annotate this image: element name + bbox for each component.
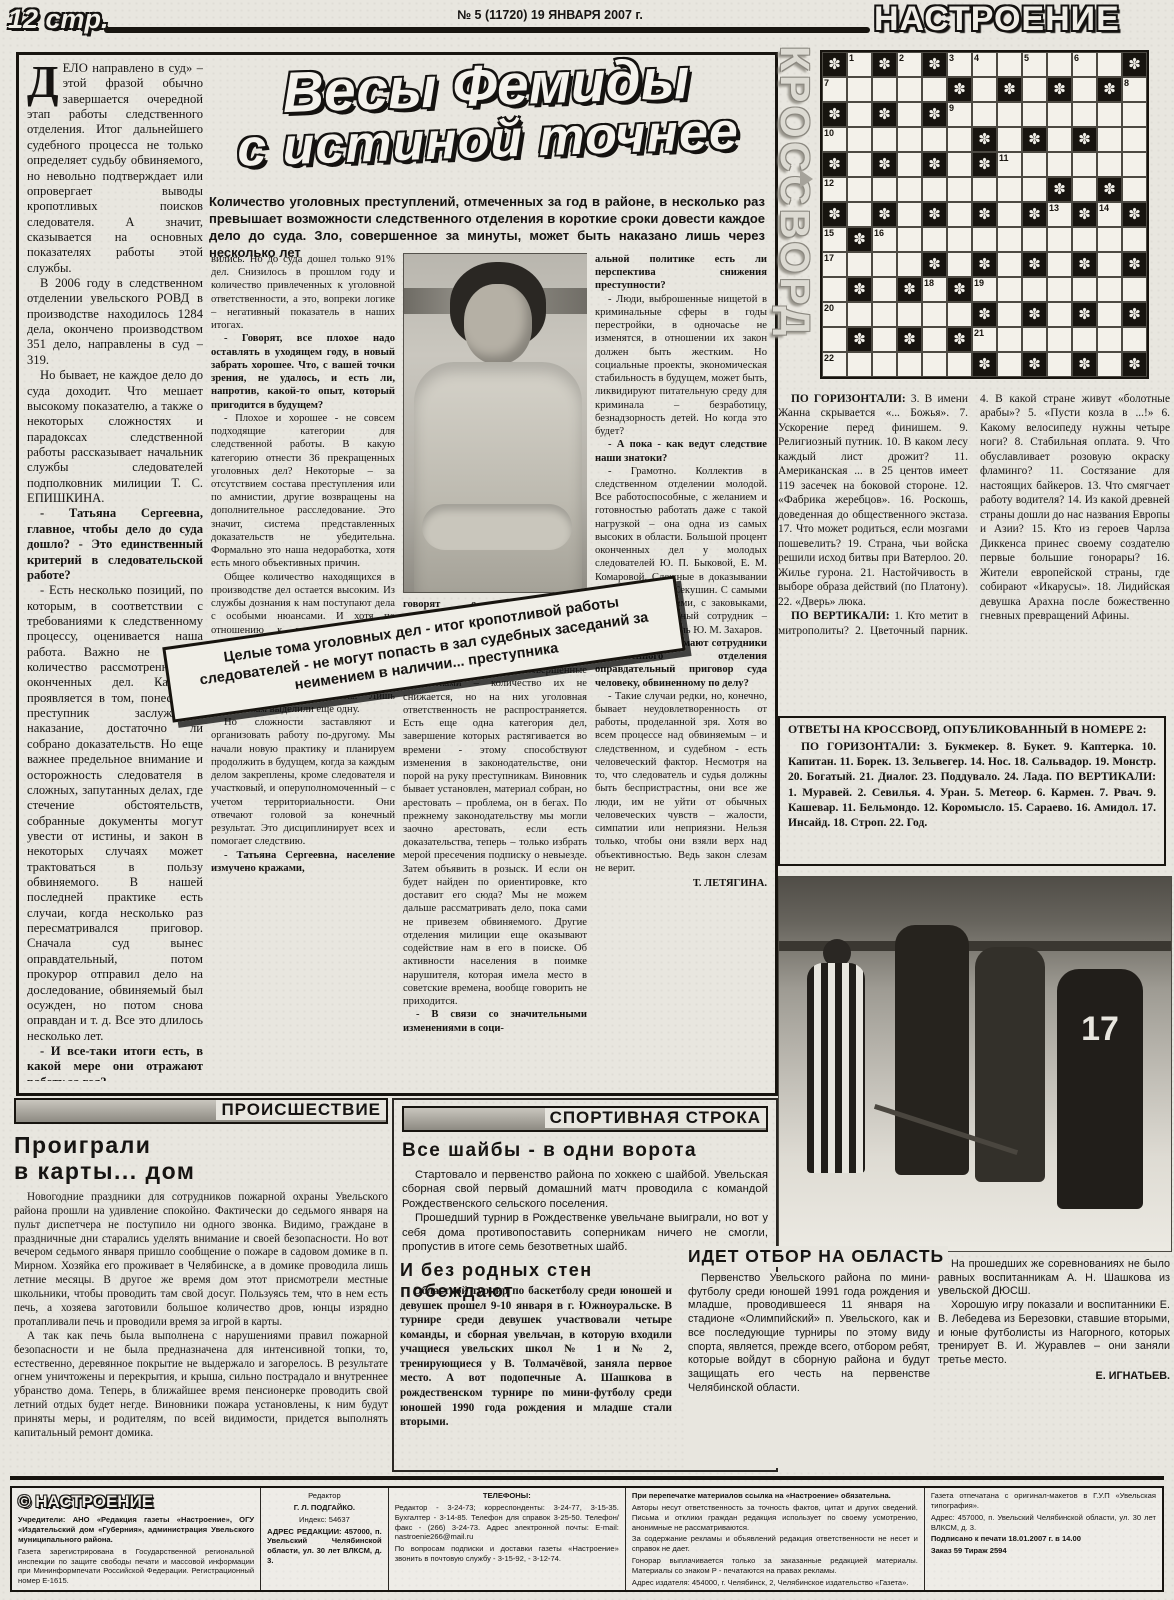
crossword-cell <box>1097 102 1122 127</box>
crossword-cell-number: 21 <box>974 328 984 338</box>
paragraph: Областной турнир по баскетболу среди юно… <box>400 1284 672 1430</box>
crossword-black-cell: ✽ <box>847 277 872 302</box>
crossword-cell <box>1097 152 1122 177</box>
crossword-cell <box>997 227 1022 252</box>
paragraph: На прошедших же соревнованиях не было ра… <box>938 1258 1170 1299</box>
crossword-cell <box>922 127 947 152</box>
answers-title: ОТВЕТЫ НА КРОССВОРД, ОПУБЛИКОВАННЫЙ В НО… <box>788 722 1156 737</box>
crossword-cell <box>997 327 1022 352</box>
crossword-answers-box: ОТВЕТЫ НА КРОССВОРД, ОПУБЛИКОВАННЫЙ В НО… <box>778 716 1166 866</box>
crossword-cell <box>1097 252 1122 277</box>
crossword-cell: 3 <box>947 52 972 77</box>
crossword-cell <box>1072 327 1097 352</box>
crossword-black-cell: ✽ <box>947 277 972 302</box>
crossword-cell <box>872 302 897 327</box>
crossword-cell <box>947 302 972 327</box>
interviewee-photo <box>403 253 587 593</box>
crossword-black-cell: ✽ <box>1022 252 1047 277</box>
crossword-black-cell: ✽ <box>972 252 997 277</box>
crossword-cell <box>947 152 972 177</box>
hockey-photo: 17 <box>778 876 1172 1252</box>
crossword-cell: 15 <box>822 227 847 252</box>
paragraph: - Не всегда. Среди прекращенных дел - и … <box>403 651 587 1008</box>
author-signature: Т. ЛЕТЯГИНА. <box>595 877 767 890</box>
crossword-cell <box>1022 152 1047 177</box>
crossword-black-cell: ✽ <box>1022 202 1047 227</box>
crossword-cell-number: 9 <box>949 103 954 113</box>
paragraph: вились. Но до суда дошел только 91% дел.… <box>211 253 395 332</box>
crossword-cell <box>947 252 972 277</box>
crossword-cell <box>1022 327 1047 352</box>
crossword-black-cell: ✽ <box>872 152 897 177</box>
editor-name: Г. Л. ПОДГАЙКО. <box>267 1503 382 1513</box>
crossword-cell-number: 7 <box>824 78 829 88</box>
crossword-cell <box>1022 227 1047 252</box>
crossword-cell <box>897 202 922 227</box>
crossword-cell <box>1022 177 1047 202</box>
crossword-cell: 7 <box>822 77 847 102</box>
incident-section-label: ПРОИСШЕСТВИЕ <box>216 1100 386 1120</box>
crossword-cell: 19 <box>972 277 997 302</box>
crossword-black-cell: ✽ <box>997 77 1022 102</box>
crossword-cell <box>1072 102 1097 127</box>
crossword-black-cell: ✽ <box>822 52 847 77</box>
crossword-cell <box>922 177 947 202</box>
crossword-cell <box>997 52 1022 77</box>
crossword-cell <box>922 77 947 102</box>
crossword-cell-number: 2 <box>899 53 904 63</box>
hockey-article-body: Стартовало и первенство района по хоккею… <box>402 1168 768 1255</box>
paragraph: А так как печь была выполнена с нарушени… <box>14 1330 388 1441</box>
crossword-black-cell: ✽ <box>972 202 997 227</box>
crossword-cell <box>897 227 922 252</box>
crossword-cell: 10 <box>822 127 847 152</box>
crossword-black-cell: ✽ <box>1022 352 1047 377</box>
footer-registration: Газета зарегистрирована в Государственно… <box>18 1547 254 1586</box>
incident-section: ПРОИСШЕСТВИЕ Проиграли в карты... дом Но… <box>14 1098 388 1472</box>
crossword-cell <box>972 177 997 202</box>
crossword-cell <box>1122 127 1147 152</box>
crossword-cell-number: 12 <box>824 178 834 188</box>
crossword-cell <box>947 227 972 252</box>
crossword-black-cell: ✽ <box>847 227 872 252</box>
crossword-cell <box>997 202 1022 227</box>
crossword-cell <box>1097 127 1122 152</box>
crossword-black-cell: ✽ <box>872 102 897 127</box>
crossword-clues: ПО ГОРИЗОНТАЛИ: 3. В имени Жанна скрывае… <box>778 392 1170 712</box>
crossword-cell <box>1047 352 1072 377</box>
footer-notices-column: При перепечатке материалов ссылка на «На… <box>626 1488 925 1590</box>
crossword-cell <box>1072 227 1097 252</box>
question-paragraph: - В связи со значительными изменениями в… <box>403 1008 587 1034</box>
crossword-cell: 13 <box>1047 202 1072 227</box>
crossword-cell <box>1122 277 1147 302</box>
crossword-cell: 5 <box>1022 52 1047 77</box>
crossword-black-cell: ✽ <box>1122 352 1147 377</box>
crossword-cell <box>872 177 897 202</box>
crossword-cell: 16 <box>872 227 897 252</box>
crossword-cell: 12 <box>822 177 847 202</box>
crossword-cell <box>847 152 872 177</box>
crossword-cell <box>997 302 1022 327</box>
crossword-black-cell: ✽ <box>1122 52 1147 77</box>
crossword-cell <box>997 277 1022 302</box>
crossword-cell-number: 14 <box>1099 203 1109 213</box>
article-column-4: альной политике есть ли перспектива сниж… <box>595 253 767 1081</box>
masthead-title: НАСТРОЕНИЕ <box>874 0 1120 39</box>
crossword-cell <box>847 352 872 377</box>
crossword-cell <box>997 252 1022 277</box>
crossword-cell: 14 <box>1097 202 1122 227</box>
crossword-cell <box>872 277 897 302</box>
crossword-black-cell: ✽ <box>922 102 947 127</box>
crossword-cell <box>1047 327 1072 352</box>
crossword-vertical-label: КРОССВОРД <box>766 46 818 391</box>
crossword-cell: 20 <box>822 302 847 327</box>
imprint-footer: © НАСТРОЕНИЕ Учредители: АНО «Редакция г… <box>10 1486 1164 1592</box>
crossword-cell <box>1047 252 1072 277</box>
crossword-cell <box>847 77 872 102</box>
crossword-black-cell: ✽ <box>1072 252 1097 277</box>
crossword-black-cell: ✽ <box>922 152 947 177</box>
notice: Гонорар выплачивается только за заказанн… <box>632 1556 918 1576</box>
crossword-cell <box>1072 177 1097 202</box>
crossword-cell-number: 8 <box>1124 78 1129 88</box>
crossword-cell <box>922 302 947 327</box>
crossword-cell-number: 11 <box>999 153 1009 163</box>
crossword-cell <box>1072 77 1097 102</box>
crossword-cell: 1 <box>847 52 872 77</box>
paragraph: Первенство Увельского района по мини-фут… <box>688 1272 930 1395</box>
crossword-cell <box>997 102 1022 127</box>
crossword-cell <box>1122 327 1147 352</box>
crossword-cell-number: 16 <box>874 228 884 238</box>
footer-editor-column: Редактор Г. Л. ПОДГАЙКО. Индекс: 54637 А… <box>261 1488 389 1590</box>
jersey-number: 17 <box>1081 1010 1119 1048</box>
notice: За содержание рекламы и объявлений редак… <box>632 1534 918 1554</box>
article-lead: Количество уголовных преступлений, отмеч… <box>209 193 765 262</box>
football-article-headline: ИДЕТ ОТБОР НА ОБЛАСТЬ <box>688 1246 948 1267</box>
crossword-black-cell: ✽ <box>922 252 947 277</box>
footer-publisher-column: © НАСТРОЕНИЕ Учредители: АНО «Редакция г… <box>12 1488 261 1590</box>
crossword-cell <box>872 77 897 102</box>
question-paragraph: - И все-таки итоги есть, в какой мере он… <box>27 1044 203 1081</box>
printing-address: Адрес: 457000, п. Увельский Челябинской … <box>931 1513 1156 1533</box>
crossword-cell <box>1097 277 1122 302</box>
crossword-cell <box>872 127 897 152</box>
crossword-cell <box>897 127 922 152</box>
crossword-black-cell: ✽ <box>1047 77 1072 102</box>
crossword-black-cell: ✽ <box>1122 252 1147 277</box>
crossword-black-cell: ✽ <box>972 352 997 377</box>
referee-figure <box>807 963 865 1173</box>
across-clues: ПО ГОРИЗОНТАЛИ: 3. В имени Жанна скрывае… <box>778 392 968 609</box>
editor-label: Редактор <box>267 1491 382 1501</box>
crossword-black-cell: ✽ <box>947 327 972 352</box>
crossword-cell-number: 18 <box>924 278 934 288</box>
sports-section-bar: СПОРТИВНАЯ СТРОКА <box>402 1106 768 1132</box>
crossword-cell <box>1047 152 1072 177</box>
crossword-cell: 6 <box>1072 52 1097 77</box>
crossword-cell <box>1097 52 1122 77</box>
print-deadline: Подписано к печати 18.01.2007 г. в 14.00 <box>931 1534 1156 1544</box>
paragraph: - Люди, выброшенные нищетой в криминальн… <box>595 293 767 439</box>
crossword-cell <box>847 252 872 277</box>
crossword-cell <box>947 127 972 152</box>
crossword-black-cell: ✽ <box>822 102 847 127</box>
sports-section-label: СПОРТИВНАЯ СТРОКА <box>545 1108 766 1128</box>
crossword-cell <box>972 227 997 252</box>
crossword-cell-number: 3 <box>949 53 954 63</box>
crossword-grid: ✽1✽2✽3456✽7✽✽✽✽8✽✽✽910✽✽✽✽✽✽✽1112✽✽✽✽✽✽✽… <box>820 50 1149 379</box>
crossword-black-cell: ✽ <box>822 202 847 227</box>
issue-date: № 5 (11720) 19 ЯНВАРЯ 2007 г. <box>340 8 760 22</box>
crossword-cell <box>847 302 872 327</box>
crossword-black-cell: ✽ <box>1022 127 1047 152</box>
question-paragraph: альной политике есть ли перспектива сниж… <box>595 253 767 293</box>
crossword-cell <box>1122 102 1147 127</box>
across-text: 3. В имени Жанна скрывается «... Божья».… <box>778 393 968 608</box>
crossword-cell <box>1097 327 1122 352</box>
crossword-cell <box>922 227 947 252</box>
crossword-cell-number: 22 <box>824 353 834 363</box>
question-paragraph: - А пока - как ведут следствие наши знат… <box>595 438 767 464</box>
crossword-cell: 21 <box>972 327 997 352</box>
drop-cap: Д <box>27 61 63 101</box>
crossword-cell-number: 20 <box>824 303 834 313</box>
crossword-cell <box>1097 227 1122 252</box>
crossword-cell-number: 17 <box>824 253 834 263</box>
crossword-cell <box>1072 152 1097 177</box>
crossword-cell <box>922 327 947 352</box>
notice: При перепечатке материалов ссылка на «На… <box>632 1491 918 1501</box>
crossword-cell <box>872 327 897 352</box>
newspaper-page: { "header": { "page": "12 стр.", "issue"… <box>0 0 1174 1600</box>
crossword-black-cell: ✽ <box>847 327 872 352</box>
crossword-cell: 18 <box>922 277 947 302</box>
photo-figure-face <box>464 284 532 364</box>
incident-headline-line2: в карты... дом <box>14 1158 388 1184</box>
question-paragraph: - Татьяна Сергеевна, население измучено … <box>211 849 395 875</box>
crossword-cell <box>1122 227 1147 252</box>
crossword-black-cell: ✽ <box>1072 127 1097 152</box>
crossword-cell <box>822 277 847 302</box>
paragraph: Хорошую игру показали и воспитанники Е. … <box>938 1299 1170 1368</box>
main-article-box: Весы Фемиды с истиной точнее Количество … <box>16 52 778 1096</box>
basketball-article-body: Областной турнир по баскетболу среди юно… <box>400 1284 672 1464</box>
question-paragraph: - Татьяна Сергеевна, главное, чтобы дело… <box>27 506 203 583</box>
paragraph: - Такие случаи редки, но, конечно, бывае… <box>595 690 767 875</box>
crossword-cell <box>822 327 847 352</box>
footer-phones-column: ТЕЛЕФОНЫ: Редактор - 3-24-73; корреспонд… <box>389 1488 626 1590</box>
article-column-1: ДЕЛО направлено в суд» – этой фразой обы… <box>27 61 203 1081</box>
crossword-cell <box>1122 177 1147 202</box>
crossword-cell <box>1047 127 1072 152</box>
paragraph: Новогодние праздники для сотрудников пож… <box>14 1191 388 1330</box>
paragraph: Стартовало и первенство района по хоккею… <box>402 1168 768 1211</box>
notice: Авторы несут ответственность за точность… <box>632 1503 918 1533</box>
crossword-black-cell: ✽ <box>1072 352 1097 377</box>
paragraph: В 2006 году в следственном отделении уве… <box>27 276 203 368</box>
crossword-cell: 17 <box>822 252 847 277</box>
crossword-cell <box>1097 352 1122 377</box>
crossword-black-cell: ✽ <box>1122 202 1147 227</box>
crossword-cell <box>897 152 922 177</box>
crossword-cell <box>972 77 997 102</box>
crossword-black-cell: ✽ <box>1047 177 1072 202</box>
crossword-black-cell: ✽ <box>872 52 897 77</box>
subscription-text: По вопросам подписки и доставки газеты «… <box>395 1544 619 1564</box>
crossword-cell <box>972 102 997 127</box>
crossword-black-cell: ✽ <box>822 152 847 177</box>
crossword-black-cell: ✽ <box>947 77 972 102</box>
crossword-black-cell: ✽ <box>1122 302 1147 327</box>
crossword-cell <box>897 302 922 327</box>
crossword-cell-number: 15 <box>824 228 834 238</box>
crossword-cell-number: 13 <box>1049 203 1059 213</box>
crossword-cell <box>997 177 1022 202</box>
crossword-cell <box>1022 277 1047 302</box>
phones-title: ТЕЛЕФОНЫ: <box>395 1491 619 1501</box>
editorial-address: АДРЕС РЕДАКЦИИ: 457000, п. Увельский Чел… <box>267 1527 382 1566</box>
crossword-cell <box>947 352 972 377</box>
crossword-cell <box>897 77 922 102</box>
incident-body: Новогодние праздники для сотрудников пож… <box>14 1191 388 1441</box>
crossword-cell: 4 <box>972 52 997 77</box>
phones-text: Редактор - 3-24-73; корреспонденты: 3-24… <box>395 1503 619 1542</box>
crossword-cell-number: 4 <box>974 53 979 63</box>
crossword-black-cell: ✽ <box>1072 202 1097 227</box>
crossword-black-cell: ✽ <box>1097 77 1122 102</box>
crossword-cell <box>997 352 1022 377</box>
crossword-cell <box>847 202 872 227</box>
crossword-cell <box>847 127 872 152</box>
down-title: ПО ВЕРТИКАЛИ: <box>791 610 890 622</box>
crossword-black-cell: ✽ <box>872 202 897 227</box>
photo-figure-arm <box>422 504 572 550</box>
printing-info: Газета отпечатана с оригинал-макетов в Г… <box>931 1491 1156 1511</box>
crossword-black-cell: ✽ <box>922 202 947 227</box>
crossword-cell: 11 <box>997 152 1022 177</box>
arrow-icon <box>800 170 813 188</box>
crossword-cell <box>1047 227 1072 252</box>
across-title: ПО ГОРИЗОНТАЛИ: <box>791 393 906 405</box>
crossword-cell: 9 <box>947 102 972 127</box>
header-rule <box>104 27 870 33</box>
crossword-black-cell: ✽ <box>922 52 947 77</box>
crossword-cell <box>847 177 872 202</box>
crossword-black-cell: ✽ <box>972 302 997 327</box>
player-figure-17: 17 <box>1057 969 1143 1209</box>
crossword-black-cell: ✽ <box>972 152 997 177</box>
incident-section-bar: ПРОИСШЕСТВИЕ <box>14 1098 388 1124</box>
player-figure <box>895 925 969 1175</box>
page-number: 12 стр. <box>8 4 109 35</box>
crossword-cell <box>847 102 872 127</box>
crossword-black-cell: ✽ <box>1097 177 1122 202</box>
crossword-cell-number: 10 <box>824 128 834 138</box>
crossword-cell: 22 <box>822 352 847 377</box>
print-order: Заказ 59 Тираж 2594 <box>931 1546 1156 1556</box>
photo-figure-torso <box>414 362 582 592</box>
incident-headline: Проиграли в карты... дом <box>14 1132 388 1185</box>
paragraph: Но сложности заставляют и организовать р… <box>211 716 395 848</box>
football-article-col1: Первенство Увельского района по мини-фут… <box>688 1272 930 1468</box>
paragraph: - Плохое и хорошее - не совсем подходящи… <box>211 412 395 571</box>
crossword-cell <box>1047 102 1072 127</box>
crossword-cell: 8 <box>1122 77 1147 102</box>
footer-founders: Учредители: АНО «Редакция газеты «Настро… <box>18 1515 254 1545</box>
sports-signature: Е. ИГНАТЬЕВ. <box>938 1370 1170 1384</box>
crossword-cell <box>872 252 897 277</box>
crossword-cell-number: 6 <box>1074 53 1079 63</box>
crossword-cell <box>947 202 972 227</box>
paragraph: Но бывает, не каждое дело до суда доходи… <box>27 368 203 506</box>
crossword-cell <box>1022 102 1047 127</box>
hockey-article-headline: Все шайбы - в одни ворота <box>402 1140 768 1162</box>
footer-rule <box>10 1476 1164 1480</box>
footer-logo: © НАСТРОЕНИЕ <box>18 1491 254 1513</box>
answers-text: ПО ГОРИЗОНТАЛИ: 3. Букмекер. 8. Букет. 9… <box>788 739 1156 829</box>
incident-headline-line1: Проиграли <box>14 1132 388 1158</box>
main-headline: Весы Фемиды с истиной точнее <box>205 49 768 175</box>
crossword-cell <box>897 177 922 202</box>
footer-printing-column: Газета отпечатана с оригинал-макетов в Г… <box>925 1488 1162 1590</box>
question-paragraph: - Говорят, все плохое надо оставлять в у… <box>211 332 395 411</box>
crossword-cell <box>897 252 922 277</box>
crossword-cell <box>1047 52 1072 77</box>
crossword-cell <box>947 177 972 202</box>
crossword-cell <box>1047 277 1072 302</box>
crossword-cell <box>1097 302 1122 327</box>
crossword-cell <box>897 102 922 127</box>
crossword-cell-number: 5 <box>1024 53 1029 63</box>
crossword-cell <box>1122 152 1147 177</box>
crossword-black-cell: ✽ <box>1022 302 1047 327</box>
crossword-cell-number: 19 <box>974 278 984 288</box>
crossword-cell <box>1047 302 1072 327</box>
notice: Адрес издателя: 454000, г. Челябинск, 2,… <box>632 1578 918 1588</box>
crossword-cell <box>872 352 897 377</box>
crossword-cell-number: 1 <box>849 53 854 63</box>
crossword-cell <box>922 352 947 377</box>
football-article-col2: На прошедших же соревнованиях не было ра… <box>938 1258 1170 1468</box>
crossword-cell <box>897 352 922 377</box>
crossword-black-cell: ✽ <box>897 277 922 302</box>
crossword-cell <box>1022 77 1047 102</box>
crossword-black-cell: ✽ <box>897 327 922 352</box>
crossword-black-cell: ✽ <box>1072 302 1097 327</box>
crossword-cell <box>1072 277 1097 302</box>
crossword-cell: 2 <box>897 52 922 77</box>
subscription-index: Индекс: 54637 <box>267 1515 382 1525</box>
crossword-black-cell: ✽ <box>972 127 997 152</box>
crossword-cell <box>997 127 1022 152</box>
